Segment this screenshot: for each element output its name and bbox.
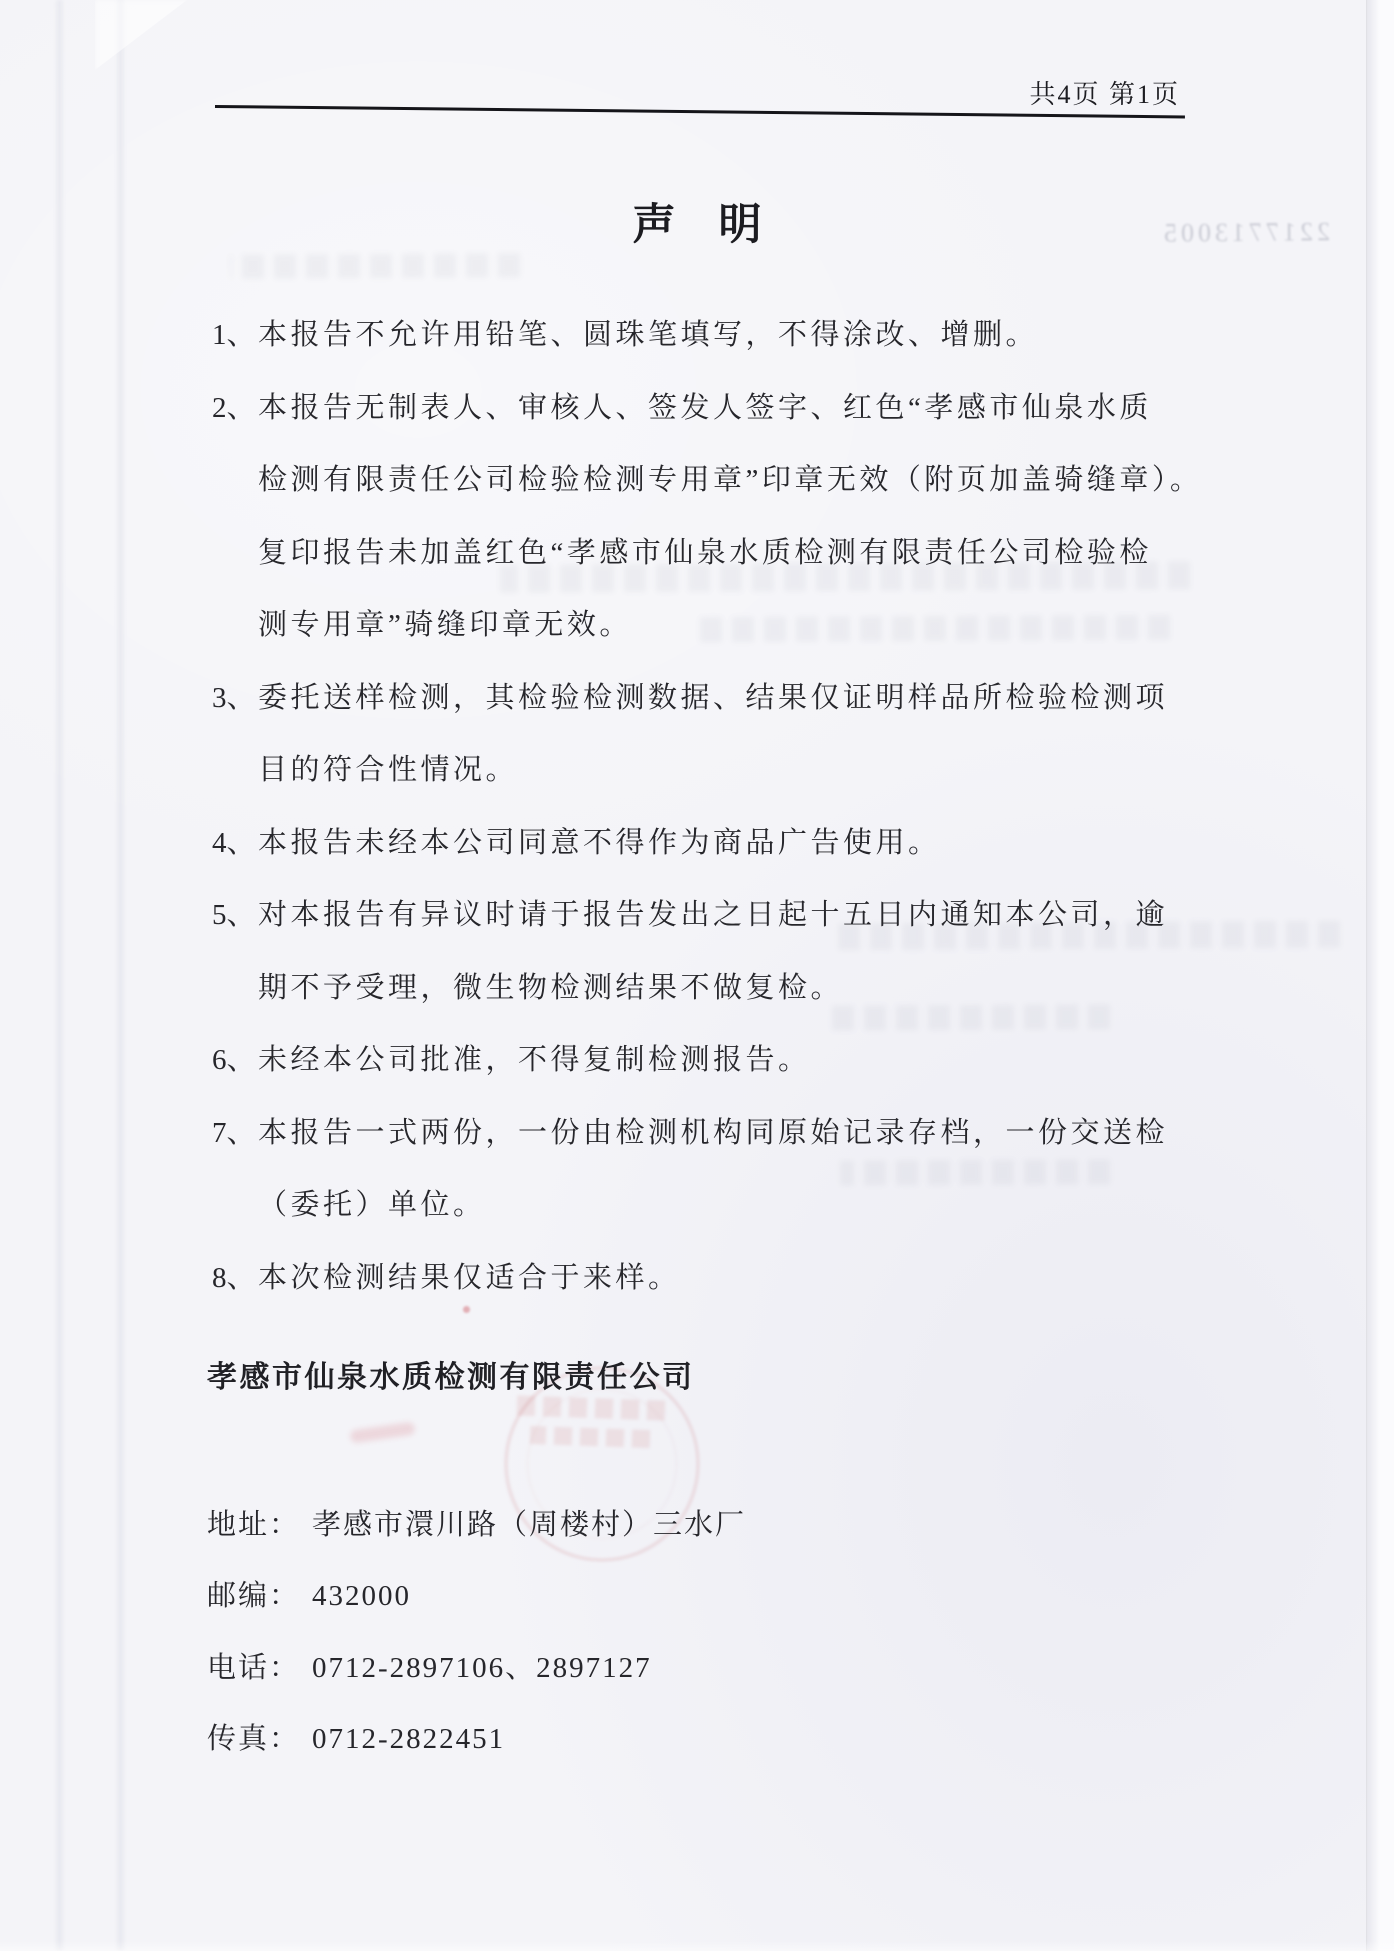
statement-line: （委托）单位。 [258, 1182, 486, 1223]
statement-line: 7、本报告一式两份，一份由检测机构同原始记录存档，一份交送检 [212, 1110, 1168, 1151]
item-number: 4、 [212, 820, 258, 861]
item-text: 未经本公司批准，不得复制检测报告。 [258, 1044, 811, 1076]
item-text: 本报告未经本公司同意不得作为商品广告使用。 [258, 827, 941, 859]
contact-line: 电话：0712-2897106、2897127 [207, 1645, 652, 1686]
item-text: 对本报告有异议时请于报告发出之日起十五日内通知本公司，逾 [258, 899, 1168, 931]
statement-line: 4、本报告未经本公司同意不得作为商品广告使用。 [212, 820, 941, 861]
statement-line: 期不予受理，微生物检测结果不做复检。 [258, 965, 843, 1006]
item-number: 2、 [212, 385, 258, 426]
statement-line: 3、委托送样检测，其检验检测数据、结果仅证明样品所检验检测项 [212, 675, 1168, 716]
statement-line: 8、本次检测结果仅适合于来样。 [212, 1255, 681, 1296]
item-text: 本次检测结果仅适合于来样。 [258, 1262, 681, 1294]
statement-line: 6、未经本公司批准，不得复制检测报告。 [212, 1037, 811, 1078]
contact-label: 电话： [207, 1652, 300, 1684]
contact-value: 0712-2822451 [312, 1723, 505, 1755]
contact-value: 0712-2897106、2897127 [312, 1652, 652, 1684]
item-number: 7、 [212, 1110, 258, 1151]
contact-line: 地址：孝感市澴川路（周楼村）三水厂 [207, 1502, 746, 1543]
contact-line: 邮编：432000 [207, 1573, 411, 1614]
item-number: 5、 [212, 892, 258, 933]
item-text: 本报告无制表人、审核人、签发人签字、红色“孝感市仙泉水质 [258, 392, 1152, 424]
statement-line: 2、本报告无制表人、审核人、签发人签字、红色“孝感市仙泉水质 [212, 385, 1152, 426]
item-number: 3、 [212, 675, 258, 716]
item-number: 1、 [212, 312, 258, 353]
statement-line: 检测有限责任公司检验检测专用章”印章无效（附页加盖骑缝章）。 [258, 457, 1202, 498]
contact-line: 传真：0712-2822451 [207, 1716, 505, 1757]
item-number: 8、 [212, 1255, 258, 1296]
statement-line: 1、本报告不允许用铅笔、圆珠笔填写，不得涂改、增删。 [212, 312, 1038, 353]
contact-label: 传真： [207, 1723, 300, 1755]
statement-line: 测专用章”骑缝印章无效。 [258, 602, 632, 643]
item-number: 6、 [212, 1037, 258, 1078]
statement-line: 5、对本报告有异议时请于报告发出之日起十五日内通知本公司，逾 [212, 892, 1168, 933]
item-text: 本报告不允许用铅笔、圆珠笔填写，不得涂改、增删。 [258, 319, 1038, 351]
contact-label: 地址： [207, 1509, 300, 1541]
contact-label: 邮编： [207, 1580, 300, 1612]
company-name: 孝感市仙泉水质检测有限责任公司 [207, 1352, 695, 1396]
scanned-report-page: 2217713005 共4页 第1页 声 明 1、本报告不允许用铅笔、圆珠笔填写… [0, 0, 1394, 1951]
statement-line: 复印报告未加盖红色“孝感市仙泉水质检测有限责任公司检验检 [258, 530, 1152, 571]
scan-bottom-edge [0, 1941, 1394, 1951]
item-text: 委托送样检测，其检验检测数据、结果仅证明样品所检验检测项 [258, 682, 1168, 714]
contact-value: 孝感市澴川路（周楼村）三水厂 [312, 1509, 746, 1541]
statement-line: 目的符合性情况。 [258, 747, 518, 788]
item-text: 本报告一式两份，一份由检测机构同原始记录存档，一份交送检 [258, 1117, 1168, 1149]
scan-right-edge [1366, 0, 1394, 1951]
contact-value: 432000 [312, 1580, 411, 1612]
